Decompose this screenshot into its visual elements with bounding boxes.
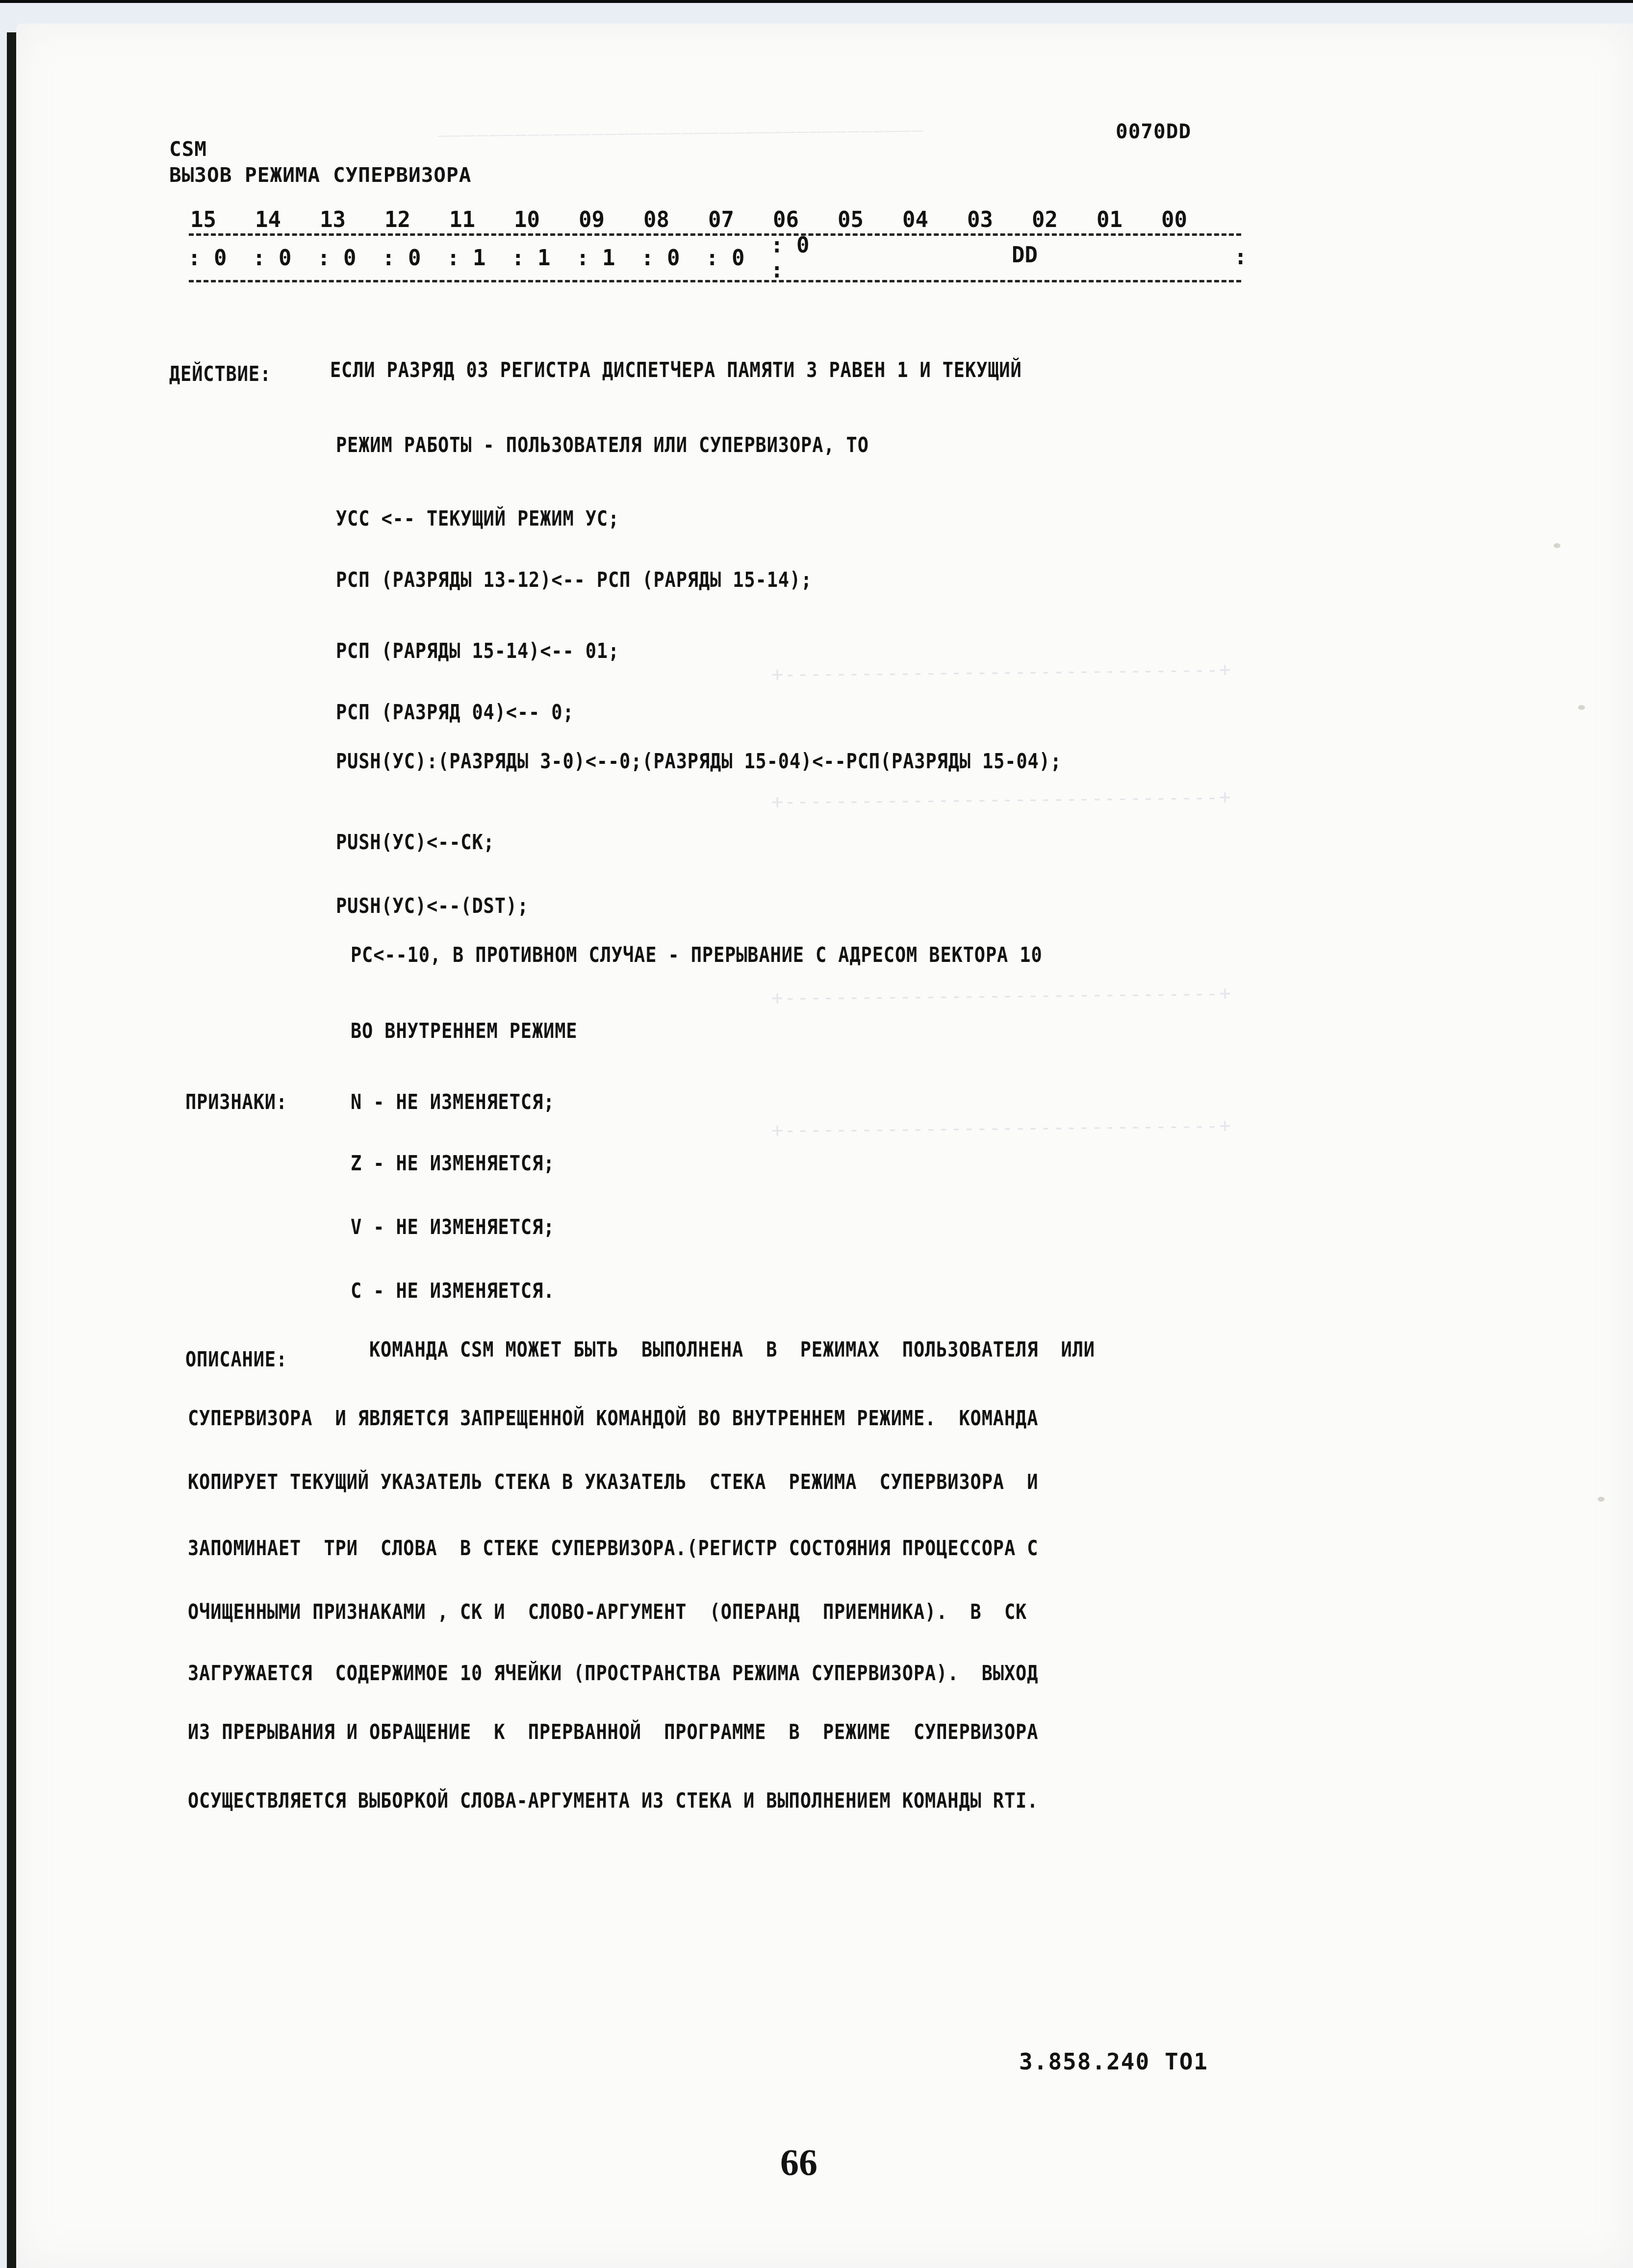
- bleed-through-text: ______________________________________: [438, 109, 924, 137]
- bleed-through-table: +----------------------------------+: [771, 982, 1232, 1009]
- action-line: РЕЖИМ РАБОТЫ - ПОЛЬЗОВАТЕЛЯ ИЛИ СУПЕРВИЗ…: [336, 433, 869, 457]
- bit-value: : 0: [317, 246, 382, 271]
- flag-line: Z - НЕ ИЗМЕНЯЕТСЯ;: [351, 1151, 555, 1176]
- bit-number: 12: [384, 207, 449, 232]
- instruction-opcode: 0070DD: [1116, 120, 1191, 143]
- action-label: ДЕЙСТВИЕ:: [169, 362, 271, 386]
- bit-number: 08: [643, 207, 708, 232]
- flag-line: C - НЕ ИЗМЕНЯЕТСЯ.: [351, 1279, 555, 1303]
- bit-value: : 0: [641, 246, 706, 271]
- flag-line: V - НЕ ИЗМЕНЯЕТСЯ;: [351, 1215, 555, 1239]
- action-line: PUSH(УС):(РАЗРЯДЫ 3-0)<--0;(РАЗРЯДЫ 15-0…: [336, 749, 1062, 774]
- bit-value: : 1: [447, 246, 511, 271]
- instruction-mnemonic: CSM: [169, 137, 207, 161]
- description-line: КОПИРУЕТ ТЕКУЩИЙ УКАЗАТЕЛЬ СТЕКА В УКАЗА…: [188, 1470, 1038, 1494]
- bit-number: 09: [579, 207, 643, 232]
- description-line: ОЧИЩЕННЫМИ ПРИЗНАКАМИ , СК И СЛОВО-АРГУМ…: [188, 1600, 1027, 1624]
- bit-field-diagram: : 0 : 0 : 0 : 0 : 1 : 1 : 1 : 0 : 0 : 0 …: [183, 233, 1247, 282]
- paper-speck: [1578, 705, 1585, 710]
- document-code: 3.858.240 ТО1: [1019, 2048, 1208, 2075]
- bit-value: : 1: [511, 246, 576, 271]
- paper-speck: [1598, 1497, 1605, 1502]
- action-line: РСП (РАЗРЯД 04)<-- 0;: [336, 700, 574, 725]
- action-line: РСП (РАРЯДЫ 15-14)<-- 01;: [336, 639, 619, 663]
- flags-label: ПРИЗНАКИ:: [185, 1090, 287, 1114]
- scan-top-edge: [0, 0, 1633, 3]
- bit-value: : 1: [576, 246, 641, 271]
- action-line: ЕСЛИ РАЗРЯД 03 РЕГИСТРА ДИСПЕТЧЕРА ПАМЯТ…: [330, 358, 1022, 382]
- page-number: 66: [780, 2142, 817, 2184]
- action-line: РСП (РАЗРЯДЫ 13-12)<-- РСП (РАРЯДЫ 15-14…: [336, 568, 812, 592]
- bit-number-row: 15 14 13 12 11 10 09 08 07 06 05 04 03 0…: [190, 207, 1226, 232]
- description-line: ОСУЩЕСТВЛЯЕТСЯ ВЫБОРКОЙ СЛОВА-АРГУМЕНТА …: [188, 1789, 1038, 1813]
- bit-value: : 0: [706, 246, 770, 271]
- bit-number: 15: [190, 207, 255, 232]
- action-line: PC<--10, В ПРОТИВНОМ СЛУЧАЕ - ПРЕРЫВАНИЕ…: [351, 943, 1043, 967]
- description-line: СУПЕРВИЗОРА И ЯВЛЯЕТСЯ ЗАПРЕЩЕННОЙ КОМАН…: [188, 1406, 1038, 1431]
- action-line: PUSH(УС)<--СК;: [336, 830, 495, 855]
- bit-number: 00: [1161, 207, 1226, 232]
- description-line: ИЗ ПРЕРЫВАНИЯ И ОБРАЩЕНИЕ К ПРЕРВАННОЙ П…: [188, 1720, 1038, 1744]
- bleed-through-table: +----------------------------------+: [771, 658, 1232, 686]
- bit-number: 03: [967, 207, 1032, 232]
- flag-line: N - НЕ ИЗМЕНЯЕТСЯ;: [351, 1090, 555, 1114]
- operand-field-label: DD: [1012, 243, 1038, 268]
- description-line: ЗАГРУЖАЕТСЯ СОДЕРЖИМОЕ 10 ЯЧЕЙКИ (ПРОСТР…: [188, 1661, 1038, 1686]
- bit-value: : 0: [382, 246, 447, 271]
- bit-value: : 0: [253, 246, 317, 271]
- instruction-title: ВЫЗОВ РЕЖИМА СУПЕРВИЗОРА: [169, 163, 471, 187]
- bit-value: : 0 :: [770, 233, 835, 283]
- paper-speck: [1554, 543, 1560, 548]
- bit-number: 14: [255, 207, 320, 232]
- fixed-bit-cells: : 0 : 0 : 0 : 0 : 1 : 1 : 1 : 0 : 0 : 0 …: [183, 233, 835, 283]
- action-line: PUSH(УС)<--(DST);: [336, 894, 529, 918]
- bleed-through-table: +----------------------------------+: [771, 1114, 1232, 1142]
- bit-field-end-separator: :: [1234, 245, 1248, 270]
- action-line: УСС <-- ТЕКУЩИЙ РЕЖИМ УС;: [336, 506, 619, 531]
- bit-number: 01: [1097, 207, 1161, 232]
- bit-number: 11: [449, 207, 514, 232]
- scanned-page: ______________________________________ +…: [16, 24, 1633, 2268]
- bit-number: 07: [708, 207, 773, 232]
- bit-number: 06: [773, 207, 838, 232]
- bit-number: 10: [514, 207, 579, 232]
- bit-number: 04: [902, 207, 967, 232]
- bit-number: 05: [838, 207, 902, 232]
- description-line: ЗАПОМИНАЕТ ТРИ СЛОВА В СТЕКЕ СУПЕРВИЗОРА…: [188, 1536, 1038, 1561]
- action-line: ВО ВНУТРЕННЕМ РЕЖИМЕ: [351, 1019, 577, 1043]
- description-line: КОМАНДА CSM МОЖЕТ БЫТЬ ВЫПОЛНЕНА В РЕЖИМ…: [369, 1337, 1095, 1362]
- bleed-through-table: +----------------------------------+: [771, 786, 1232, 813]
- bit-value: : 0: [188, 246, 253, 271]
- bit-number: 13: [320, 207, 384, 232]
- description-label: ОПИСАНИЕ:: [185, 1347, 287, 1372]
- bit-field-values: : 0 : 0 : 0 : 0 : 1 : 1 : 1 : 0 : 0 : 0 …: [183, 236, 1247, 280]
- bit-number: 02: [1032, 207, 1097, 232]
